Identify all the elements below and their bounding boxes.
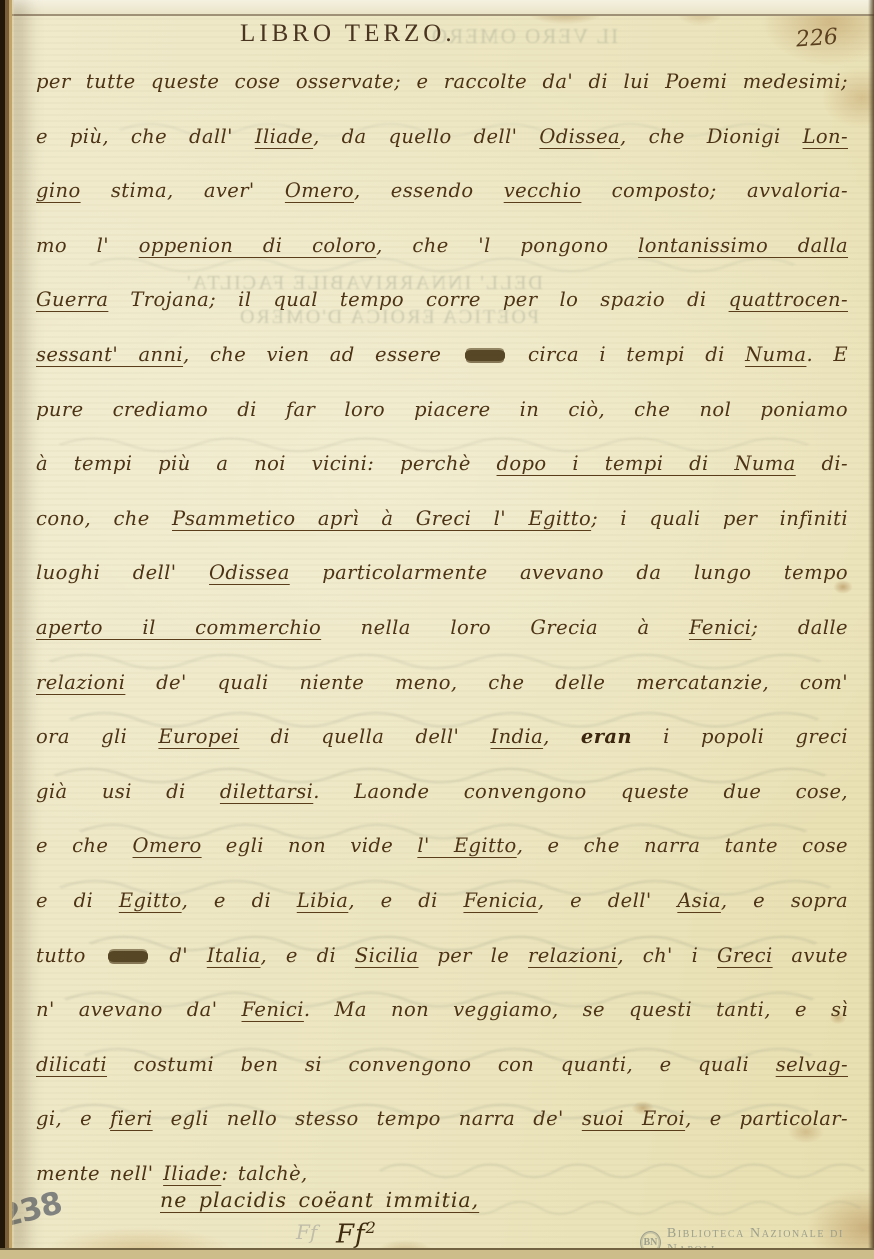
manuscript-text: gino — [36, 179, 81, 202]
manuscript-line: cono, che Psammetico aprì à Greci l' Egi… — [36, 507, 848, 562]
manuscript-text: pure crediamo di far loro piacere in ciò… — [36, 398, 848, 421]
manuscript-line: mo l' oppenion di coloro, che 'l pongono… — [36, 234, 848, 289]
manuscript-text: à tempi più a noi vicini: perchè — [36, 452, 497, 475]
manuscript-text: , e che narra tante cose — [517, 834, 848, 857]
manuscript-text: : talchè, — [221, 1162, 307, 1185]
pencil-catchword: Ff — [296, 1220, 317, 1244]
manuscript-text: Asia — [677, 889, 721, 912]
manuscript-text: di- — [796, 452, 848, 475]
manuscript-text: e più, che dall' — [36, 125, 255, 148]
manuscript-text: dilettarsi — [220, 780, 313, 803]
manuscript-text: l' Egitto — [417, 834, 516, 857]
manuscript-text: Iliade — [255, 125, 313, 148]
manuscript-text: tutto — [36, 944, 105, 967]
manuscript-text: , e particolar- — [685, 1107, 848, 1130]
manuscript-page: IL VERO OMERO DELL' INNARRIVABILE FACILT… — [0, 0, 874, 1259]
manuscript-text: composto; avvaloria- — [581, 179, 848, 202]
page-title: LIBRO TERZO. — [240, 20, 640, 48]
manuscript-text: . E — [806, 343, 848, 366]
page-number: 226 — [795, 25, 839, 53]
manuscript-text: ; dalle — [751, 616, 848, 639]
manuscript-text: luoghi dell' — [36, 561, 209, 584]
manuscript-text: , che 'l pongono — [376, 234, 638, 257]
manuscript-text: Greci — [717, 944, 773, 967]
manuscript-text: i popoli greci — [632, 725, 848, 748]
latin-quote: ne placidis coëant immitia, — [160, 1188, 479, 1212]
manuscript-text: , e di — [260, 944, 354, 967]
binding-edge — [0, 0, 14, 1259]
manuscript-line: e di Egitto, e di Libia, e di Fenicia, e… — [36, 889, 848, 944]
manuscript-text: egli nello stesso tempo narra de' — [153, 1107, 582, 1130]
manuscript-text: Italia — [207, 944, 261, 967]
manuscript-text: Omero — [285, 179, 354, 202]
manuscript-text: , e di — [348, 889, 463, 912]
manuscript-text: lontanissimo dalla — [638, 234, 848, 257]
manuscript-line: già usi di dilettarsi. Laonde convengono… — [36, 780, 848, 835]
manuscript-text: dilicati — [36, 1053, 107, 1076]
manuscript-text: costumi ben si convengono con quanti, e … — [107, 1053, 776, 1076]
manuscript-text: gi, e — [36, 1107, 110, 1130]
manuscript-text: . Ma non veggiamo, se questi tanti, e sì — [304, 998, 848, 1021]
manuscript-text: Iliade — [163, 1162, 221, 1185]
manuscript-text: , essendo — [354, 179, 504, 202]
manuscript-text: Egitto — [119, 889, 182, 912]
manuscript-text: , che Dionigi — [620, 125, 803, 148]
manuscript-text: ora gli — [36, 725, 158, 748]
manuscript-line: n' avevano da' Fenici. Ma non veggiamo, … — [36, 998, 848, 1053]
manuscript-text: per le — [419, 944, 528, 967]
page-bottom-edge — [0, 1248, 874, 1259]
manuscript-line: sessant' anni, che vien ad essere circa … — [36, 343, 848, 398]
manuscript-line: tutto d' Italia, e di Sicilia per le rel… — [36, 944, 848, 999]
manuscript-text: Numa — [745, 343, 806, 366]
manuscript-text: Sicilia — [355, 944, 419, 967]
manuscript-line: à tempi più a noi vicini: perchè dopo i … — [36, 452, 848, 507]
manuscript-line: gi, e fieri egli nello stesso tempo narr… — [36, 1107, 848, 1162]
manuscript-text: , e dell' — [538, 889, 677, 912]
manuscript-text: Psammetico aprì à Greci l' Egitto — [172, 507, 591, 530]
quire-signature: Ff2 — [336, 1218, 377, 1250]
manuscript-text: ; i quali per infiniti — [591, 507, 848, 530]
manuscript-text: , da quello dell' — [313, 125, 539, 148]
manuscript-text: . Laonde convengono queste due cose, — [313, 780, 848, 803]
manuscript-line: gino stima, aver' Omero, essendo vecchio… — [36, 179, 848, 234]
quire-signature-sup: 2 — [366, 1218, 377, 1237]
manuscript-line: aperto il commerchio nella loro Grecia à… — [36, 616, 848, 671]
page-top-edge — [6, 0, 874, 16]
manuscript-text: Libia — [297, 889, 349, 912]
manuscript-line: per tutte queste cose osservate; e racco… — [36, 70, 848, 125]
manuscript-text: e di — [36, 889, 119, 912]
manuscript-text: particolarmente avevano da lungo tempo — [290, 561, 848, 584]
page-right-edge — [868, 0, 874, 1259]
manuscript-text: selvag- — [776, 1053, 848, 1076]
manuscript-line: Guerra Trojana; il qual tempo corre per … — [36, 288, 848, 343]
manuscript-text: Fenicia — [463, 889, 537, 912]
manuscript-text: , — [543, 725, 581, 748]
manuscript-text: Omero — [133, 834, 202, 857]
manuscript-text: già usi di — [36, 780, 220, 803]
manuscript-line: pure crediamo di far loro piacere in ciò… — [36, 398, 848, 453]
manuscript-text: relazioni — [36, 671, 125, 694]
manuscript-text: mente nell' — [36, 1162, 163, 1185]
manuscript-text: fieri — [110, 1107, 153, 1130]
manuscript-text: vecchio — [504, 179, 582, 202]
manuscript-text: Europei — [158, 725, 239, 748]
manuscript-text: , ch' i — [617, 944, 717, 967]
manuscript-line: dilicati costumi ben si convengono con q… — [36, 1053, 848, 1108]
manuscript-line: relazioni de' quali niente meno, che del… — [36, 671, 848, 726]
manuscript-text: di quella dell' — [239, 725, 490, 748]
manuscript-text: quattrocen- — [729, 288, 848, 311]
manuscript-text: Odissea — [209, 561, 290, 584]
manuscript-line: e più, che dall' Iliade, da quello dell'… — [36, 125, 848, 180]
manuscript-text: nella loro Grecia à — [321, 616, 689, 639]
manuscript-text: , e di — [182, 889, 297, 912]
manuscript-text: eran — [581, 725, 632, 748]
manuscript-text: dopo i tempi di Numa — [497, 452, 796, 475]
manuscript-text: mo l' — [36, 234, 139, 257]
manuscript-text: oppenion di coloro — [139, 234, 376, 257]
manuscript-text: Fenici — [689, 616, 751, 639]
manuscript-text: e che — [36, 834, 133, 857]
manuscript-text: per tutte queste cose osservate; e racco… — [36, 70, 848, 93]
manuscript-text: India — [491, 725, 544, 748]
manuscript-text: relazioni — [528, 944, 617, 967]
manuscript-text: aperto il commerchio — [36, 616, 321, 639]
manuscript-text: suoi Eroi — [582, 1107, 685, 1130]
manuscript-text: Fenici — [242, 998, 304, 1021]
manuscript-lines: per tutte queste cose osservate; e racco… — [36, 70, 848, 1216]
manuscript-text: sessant' anni — [36, 343, 183, 366]
manuscript-text: stima, aver' — [81, 179, 285, 202]
manuscript-line: e che Omero egli non vide l' Egitto, e c… — [36, 834, 848, 889]
manuscript-text: n' avevano da' — [36, 998, 242, 1021]
manuscript-text: egli non vide — [202, 834, 418, 857]
manuscript-text: Trojana; il qual tempo corre per lo spaz… — [108, 288, 728, 311]
ink-blot — [465, 350, 505, 361]
manuscript-text: avute — [773, 944, 848, 967]
manuscript-text: , che vien ad essere — [183, 343, 462, 366]
manuscript-line: ora gli Europei di quella dell' India, e… — [36, 725, 848, 780]
quire-signature-base: Ff — [336, 1220, 366, 1250]
manuscript-text: Guerra — [36, 288, 108, 311]
manuscript-text: de' quali niente meno, che delle mercata… — [125, 671, 848, 694]
manuscript-text: circa i tempi di — [508, 343, 745, 366]
manuscript-text: Odissea — [539, 125, 620, 148]
manuscript-line: luoghi dell' Odissea particolarmente ave… — [36, 561, 848, 616]
manuscript-text: Lon- — [803, 125, 848, 148]
manuscript-text: , e sopra — [721, 889, 848, 912]
manuscript-text: d' — [151, 944, 207, 967]
manuscript-text: cono, che — [36, 507, 172, 530]
ink-blot — [108, 951, 148, 962]
